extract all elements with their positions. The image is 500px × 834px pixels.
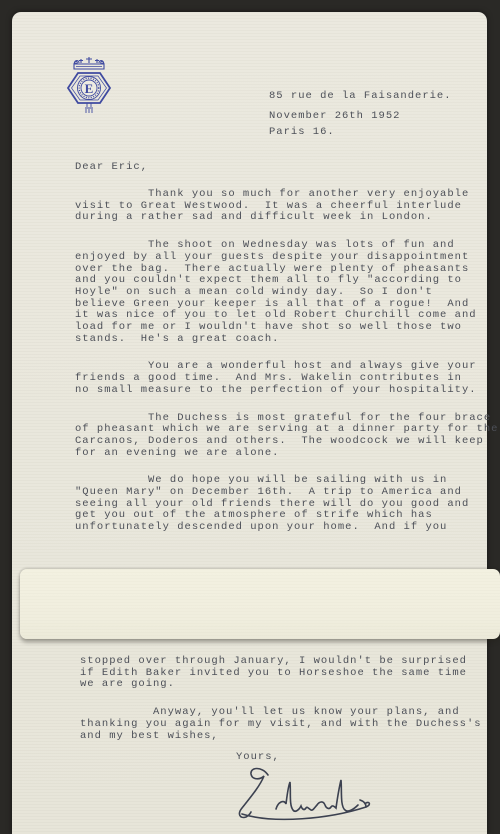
address-line-1: 85 rue de la Faisanderie. xyxy=(269,91,452,103)
letter-body-bottom: stopped over through January, I wouldn't… xyxy=(80,656,500,742)
signature-ink-icon xyxy=(224,762,384,824)
address-line-2: Paris 16. xyxy=(269,127,452,139)
letter-line: Hoyle" on such a mean cold windy day. So… xyxy=(75,287,500,299)
paragraph: stopped over through January, I wouldn't… xyxy=(80,656,500,691)
paragraph: We do hope you will be sailing with us i… xyxy=(75,475,500,534)
letter-line: stopped over through January, I wouldn't… xyxy=(80,656,500,668)
crest-monogram: E xyxy=(85,81,94,96)
fold-flap xyxy=(20,569,500,639)
letter-line: enjoyed by all your guests despite your … xyxy=(75,252,500,264)
letter-body-top: Thank you so much for another very enjoy… xyxy=(75,189,500,534)
letter-line: Thank you so much for another very enjoy… xyxy=(75,189,500,201)
letter-line: thanking you again for my visit, and wit… xyxy=(80,719,500,731)
letter-line: for an evening we are alone. xyxy=(75,448,500,460)
letter-line: load for me or I wouldn't have shot so w… xyxy=(75,322,500,334)
letter-photograph: { "colors": { "background": "#2a2926", "… xyxy=(0,0,500,834)
letter-date: November 26th 1952 xyxy=(269,111,400,123)
letter-line: "Queen Mary" on December 16th. A trip to… xyxy=(75,487,500,499)
letter-line: no small measure to the perfection of yo… xyxy=(75,385,500,397)
letter-line: unfortunately descended upon your home. … xyxy=(75,522,500,534)
paragraph: The Duchess is most grateful for the fou… xyxy=(75,413,500,460)
letter-line: Carcanos, Doderos and others. The woodco… xyxy=(75,436,500,448)
crest-icon: E xyxy=(66,55,112,117)
letter-line: during a rather sad and difficult week i… xyxy=(75,212,500,224)
letter-paper: E 85 rue de la Faisanderie. Paris 16. No… xyxy=(12,12,487,834)
paragraph: You are a wonderful host and always give… xyxy=(75,361,500,396)
paragraph: Anyway, you'll let us know your plans, a… xyxy=(80,707,500,742)
paragraph: The shoot on Wednesday was lots of fun a… xyxy=(75,240,500,345)
letter-line: we are going. xyxy=(80,679,500,691)
letter-line: stands. He's a great coach. xyxy=(75,334,500,346)
crown-crest-emblem: E xyxy=(66,55,112,117)
signature-edward xyxy=(224,762,384,824)
letter-line: and my best wishes, xyxy=(80,731,500,743)
paragraph: Thank you so much for another very enjoy… xyxy=(75,189,500,224)
salutation: Dear Eric, xyxy=(75,162,148,174)
